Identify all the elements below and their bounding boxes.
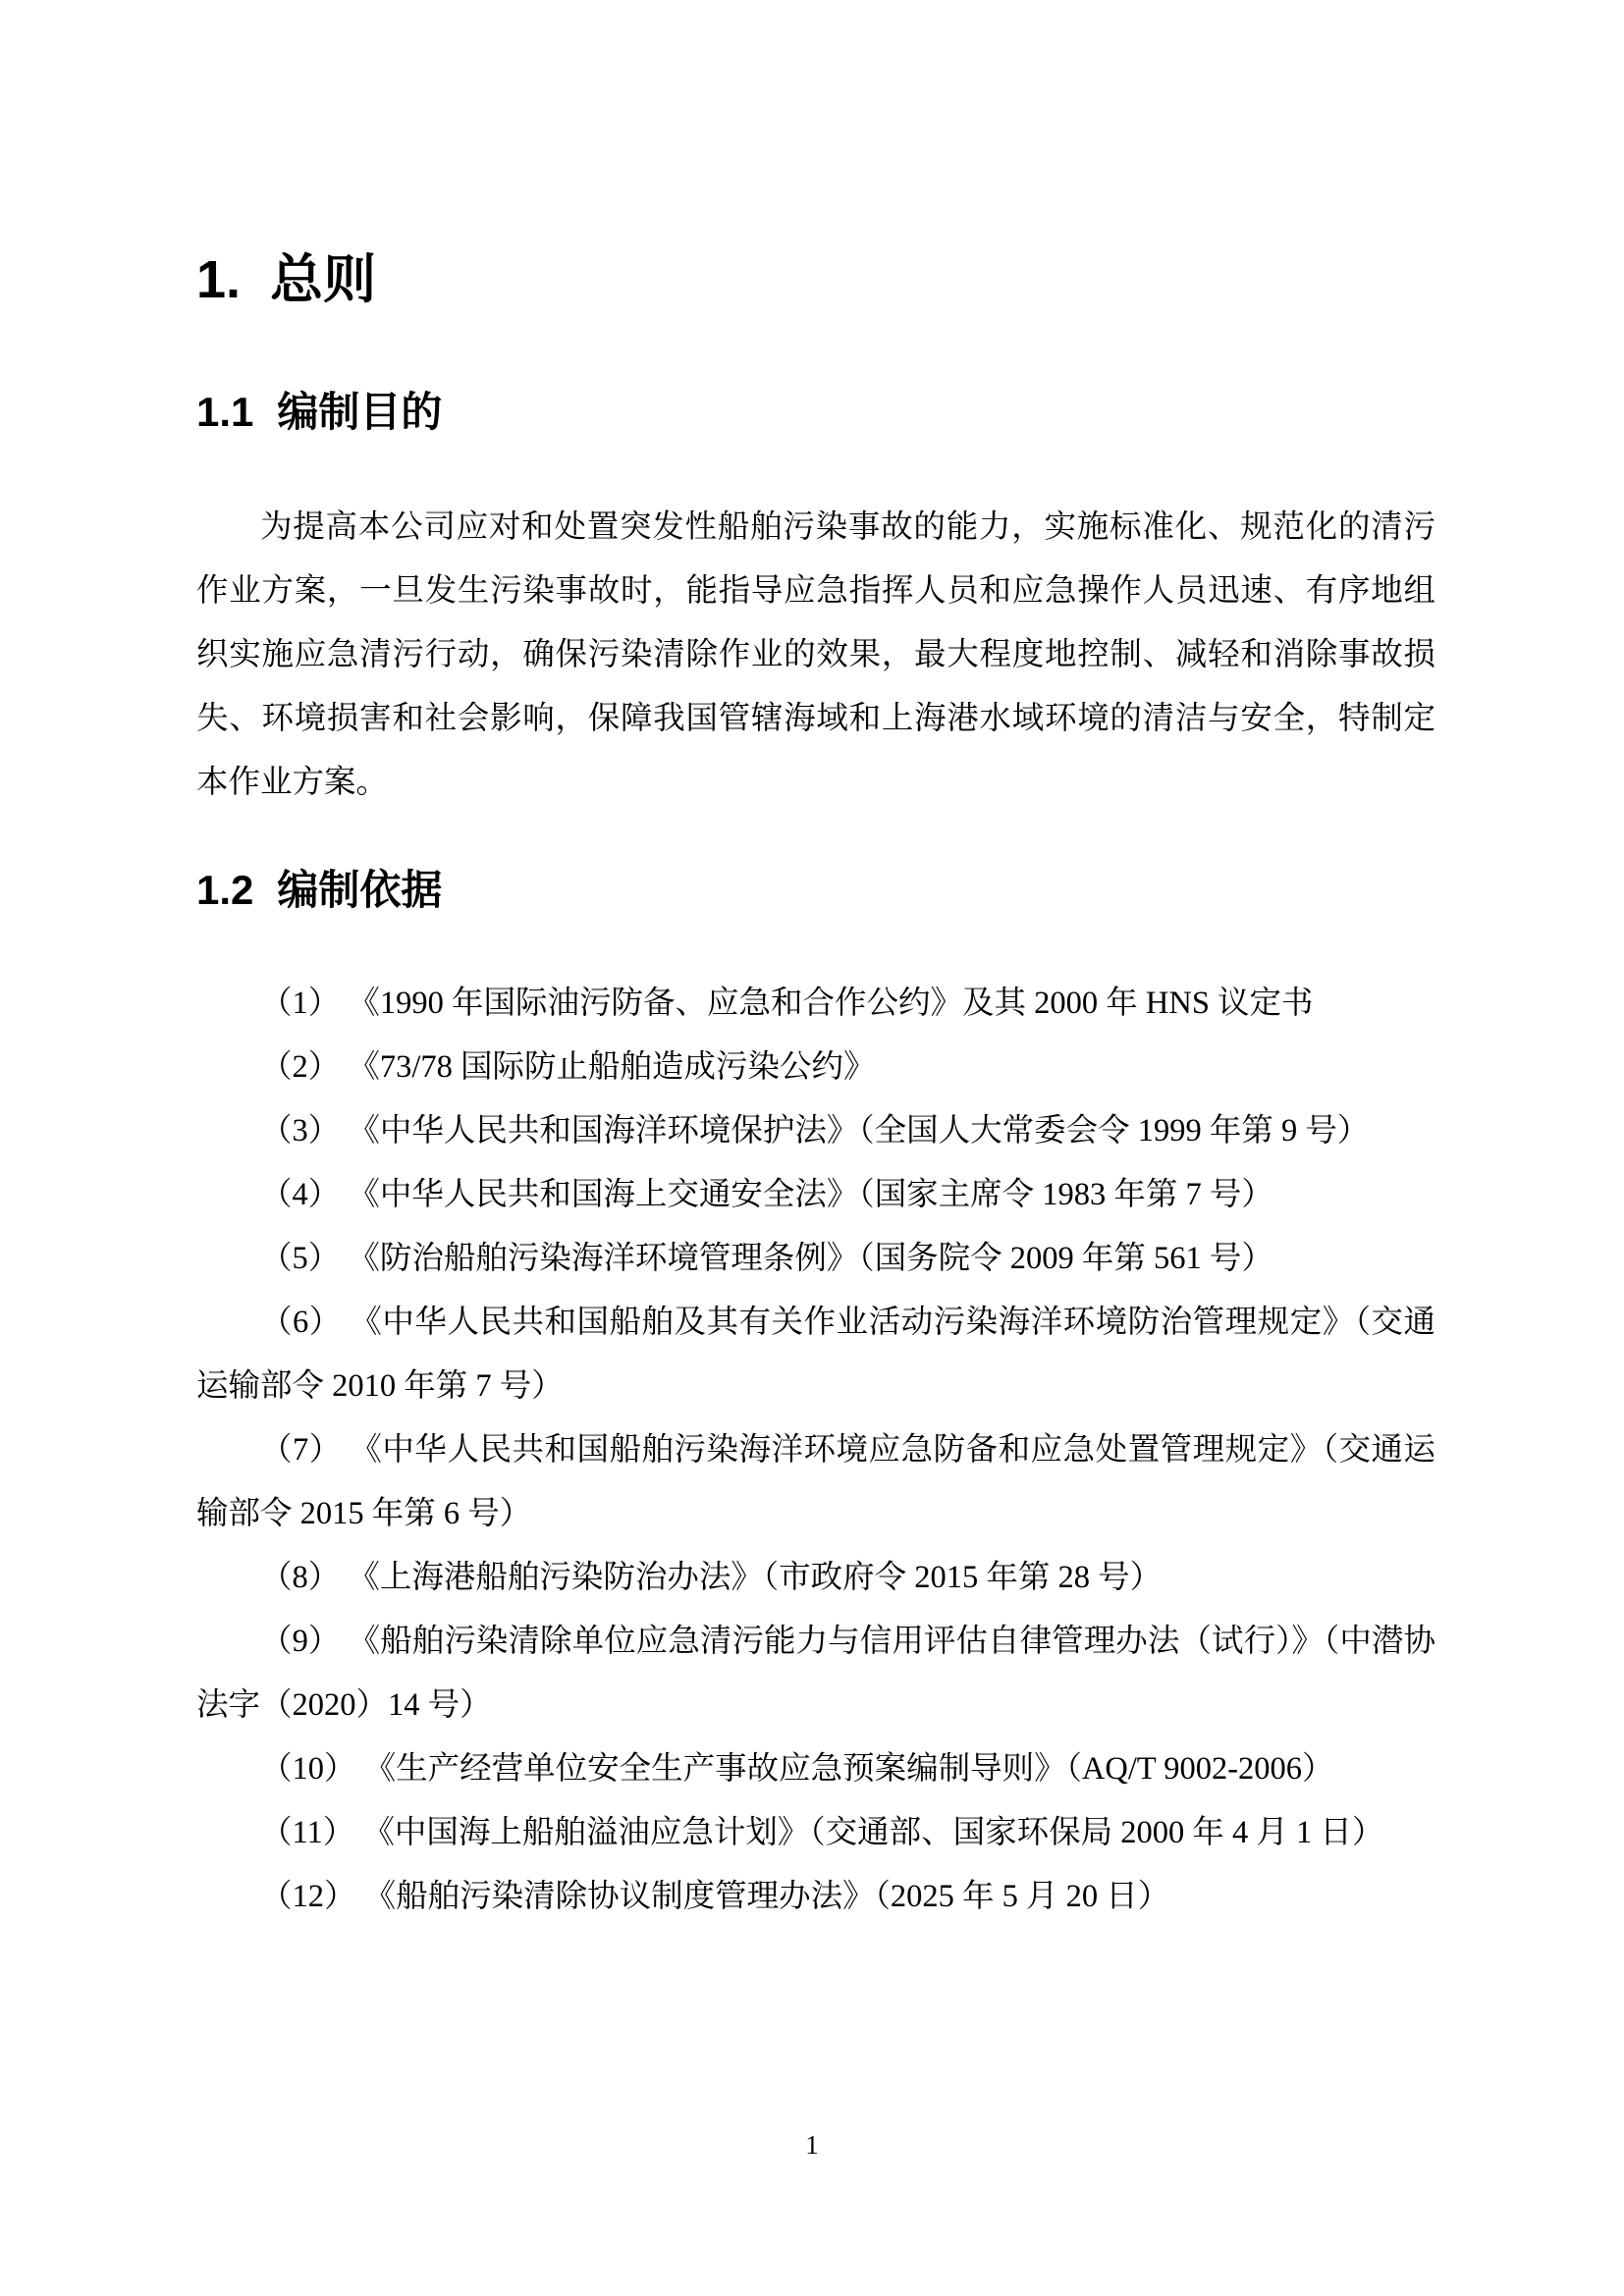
chapter-title: 总则	[270, 250, 376, 309]
reference-item-8: （8） 《上海港船舶污染防治办法》（市政府令 2015 年第 28 号）	[196, 1546, 1435, 1610]
section-title: 编制目的	[277, 389, 442, 435]
reference-item-12: （12） 《船舶污染清除协议制度管理办法》（2025 年 5 月 20 日）	[196, 1865, 1435, 1929]
document-page: 1.总则 1.1编制目的 为提高本公司应对和处置突发性船舶污染事故的能力，实施标…	[0, 0, 1624, 2296]
section-number: 1.1	[196, 389, 253, 435]
reference-list: （1） 《1990 年国际油污防备、应急和合作公约》及其 2000 年 HNS …	[196, 972, 1435, 1929]
reference-item-4: （4） 《中华人民共和国海上交通安全法》（国家主席令 1983 年第 7 号）	[196, 1163, 1435, 1227]
reference-item-7: （7） 《中华人民共和国船舶污染海洋环境应急防备和应急处置管理规定》（交通运输部…	[196, 1418, 1435, 1546]
section-number: 1.2	[196, 867, 253, 913]
section-title: 编制依据	[277, 867, 442, 913]
chapter-number: 1.	[196, 250, 241, 309]
reference-item-11: （11） 《中国海上船舶溢油应急计划》（交通部、国家环保局 2000 年 4 月…	[196, 1801, 1435, 1865]
reference-item-9: （9） 《船舶污染清除单位应急清污能力与信用评估自律管理办法（试行）》（中潜协法…	[196, 1610, 1435, 1737]
page-number: 1	[0, 2132, 1624, 2159]
section-heading-1-2: 1.2编制依据	[196, 870, 1435, 911]
purpose-paragraph: 为提高本公司应对和处置突发性船舶污染事故的能力，实施标准化、规范化的清污作业方案…	[196, 496, 1435, 815]
reference-item-1: （1） 《1990 年国际油污防备、应急和合作公约》及其 2000 年 HNS …	[196, 972, 1435, 1036]
reference-item-6: （6） 《中华人民共和国船舶及其有关作业活动污染海洋环境防治管理规定》（交通运输…	[196, 1291, 1435, 1418]
reference-item-3: （3） 《中华人民共和国海洋环境保护法》（全国人大常委会令 1999 年第 9 …	[196, 1099, 1435, 1163]
reference-item-2: （2） 《73/78 国际防止船舶造成污染公约》	[196, 1036, 1435, 1099]
section-heading-1-1: 1.1编制目的	[196, 392, 1435, 433]
chapter-heading: 1.总则	[196, 253, 1435, 306]
reference-item-10: （10） 《生产经营单位安全生产事故应急预案编制导则》（AQ/T 9002-20…	[196, 1737, 1435, 1801]
reference-item-5: （5） 《防治船舶污染海洋环境管理条例》（国务院令 2009 年第 561 号）	[196, 1227, 1435, 1291]
